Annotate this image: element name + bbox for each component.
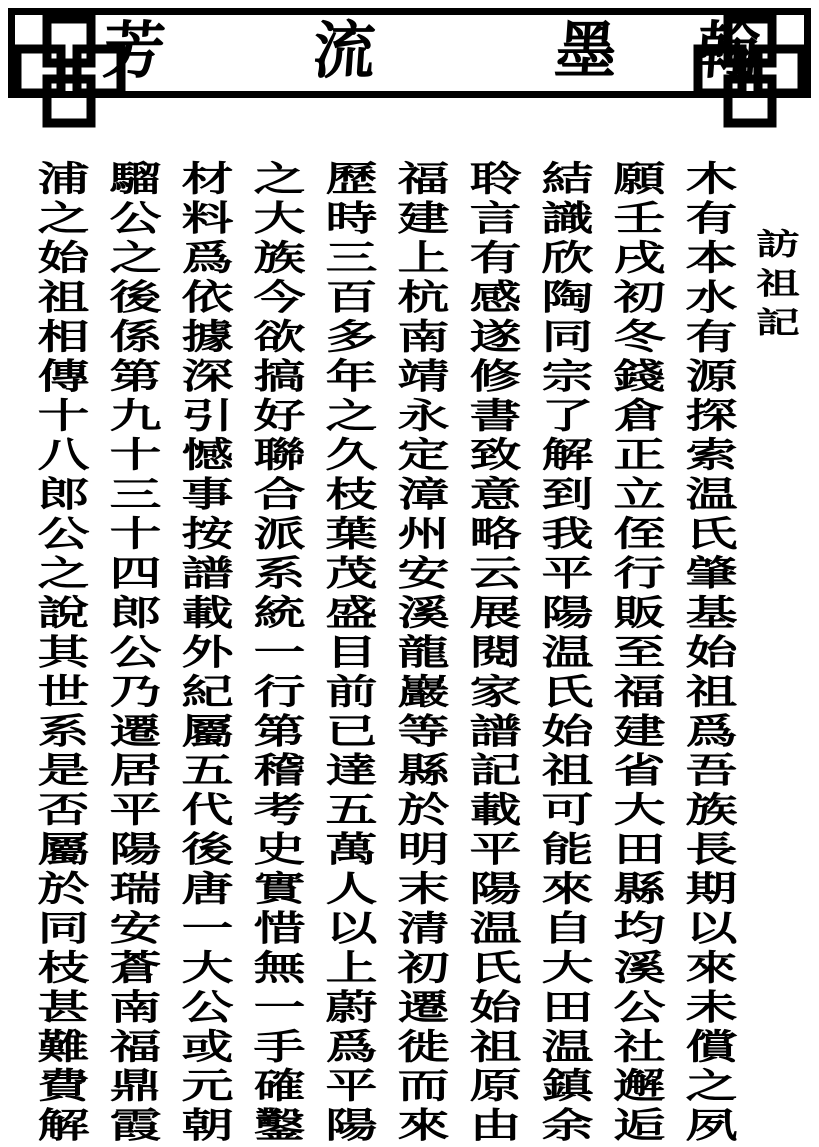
scanned-document-page: { "theme": { "ink_color": "#000000", "pa… — [0, 0, 819, 1147]
text-column: 騮公之後係第九十三十四郎公乃遷居平陽瑞安蒼南福鼎霞 — [93, 160, 165, 1146]
banner-frame: 芳 流 墨 翰 — [8, 8, 811, 98]
text-column: 木有本水有源探索温氏肇基始祖爲吾族長期以來未償之夙 — [669, 160, 741, 1146]
banner-character: 芳 — [101, 21, 167, 83]
text-column: 福建上杭南靖永定漳州安溪龍巖等縣於明末清初遷徙而來 — [381, 160, 453, 1146]
text-column: 結識欣陶同宗了解到我平陽温氏始祖可能來自大田温鎮余 — [525, 160, 597, 1146]
text-column: 之大族今欲搞好聯合派系統一行第稽考史實惜無一手確鑿 — [237, 160, 309, 1146]
banner-character: 翰 — [695, 21, 761, 83]
text-column: 聆言有感遂修書致意略云展閱家譜記載平陽温氏始祖原由 — [453, 160, 525, 1146]
banner-character: 墨 — [553, 21, 619, 83]
text-column: 歷時三百多年之久枝葉茂盛目前已達五萬人以上蔚爲平陽 — [309, 160, 381, 1146]
text-column: 願壬戌初冬錢倉正立侄行販至福建省大田縣均溪公社邂逅 — [597, 160, 669, 1146]
banner-character: 流 — [311, 21, 377, 83]
document-title: 訪祖記 — [741, 160, 805, 1146]
essay-text-area: 訪祖記 木有本水有源探索温氏肇基始祖爲吾族長期以來未償之夙 願壬戌初冬錢倉正立侄… — [21, 160, 805, 1146]
text-column: 浦之始祖相傳十八郎公之說其世系是否屬於同枝甚難費解 — [21, 160, 93, 1146]
text-column: 材料爲依據深引憾事按譜載外紀屬五代後唐一大公或元朝 — [165, 160, 237, 1146]
